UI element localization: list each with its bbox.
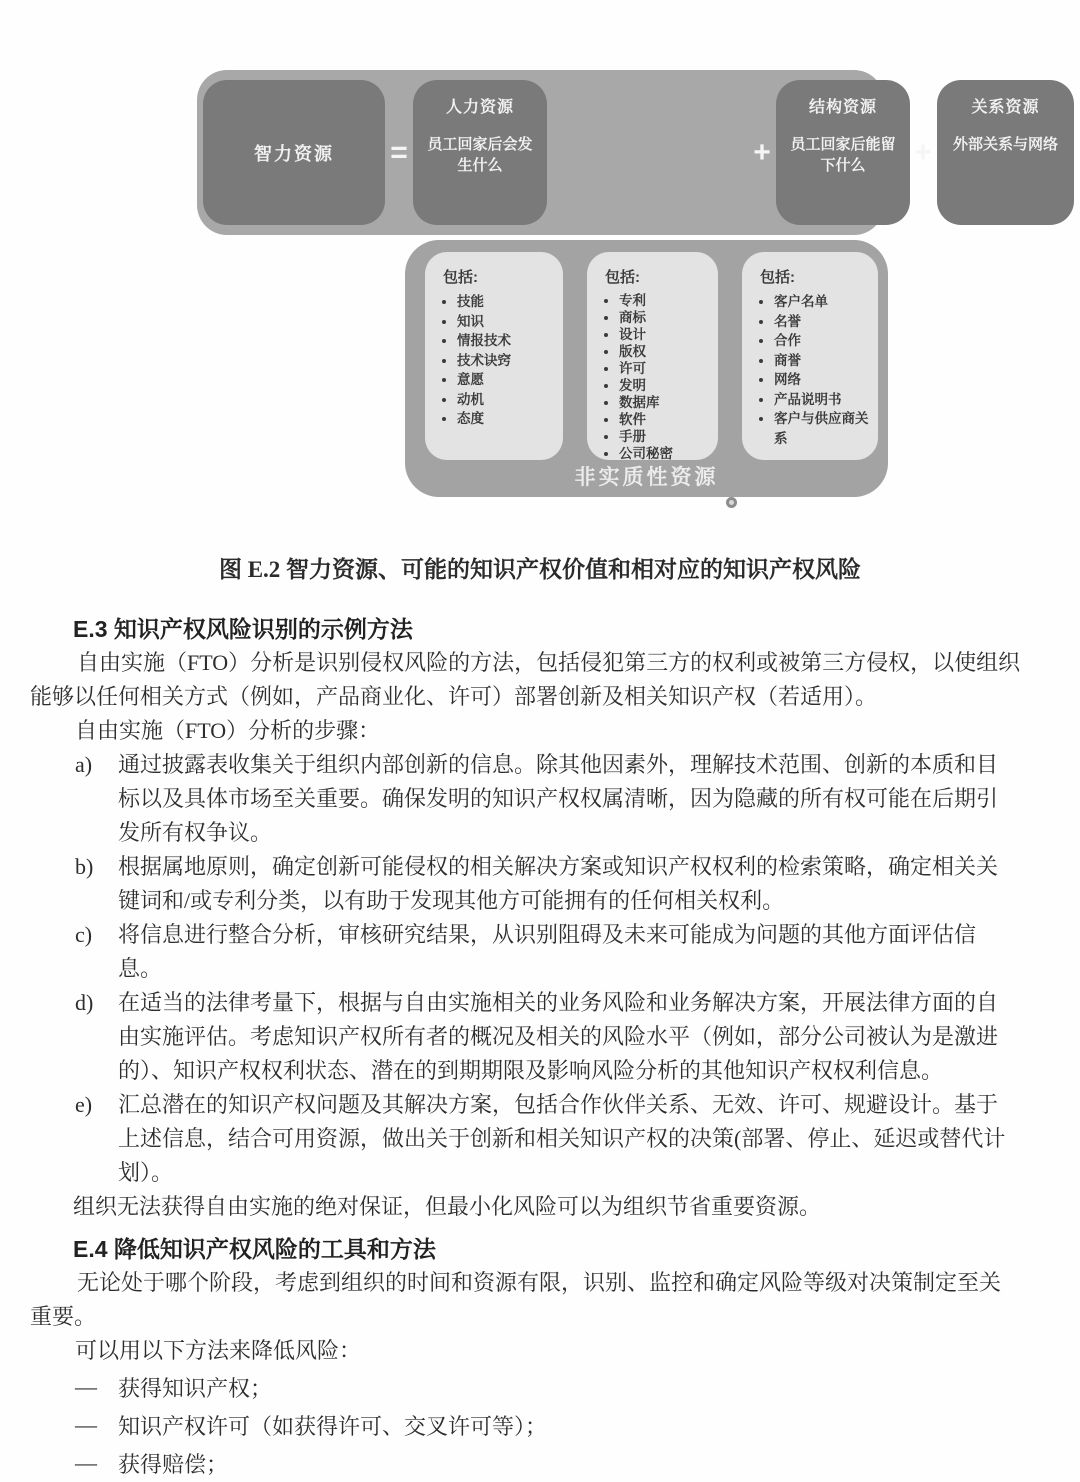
includes-box-human: 包括: 技能知识情报技术技术诀窍意愿动机态度 xyxy=(425,252,563,460)
box-title: 关系资源 xyxy=(937,94,1074,117)
text-line: 标以及具体市场至关重要。确保发明的知识产权权属清晰，因为隐藏的所有权可能在后期引 xyxy=(118,782,1050,816)
step-item-d: d) 在适当的法律考量下，根据与自由实施相关的业务风险和业务解决方案，开展法律方… xyxy=(30,986,1050,1088)
dash-marker: — xyxy=(75,1370,97,1404)
list-item: 软件 xyxy=(619,411,710,428)
list-item: 设计 xyxy=(619,326,710,343)
list-item: 技能 xyxy=(457,292,555,312)
list-item: 发明 xyxy=(619,377,710,394)
plus-sign: + xyxy=(909,70,937,235)
list-item: 技术诀窍 xyxy=(457,351,555,371)
structural-resources-box: 结构资源 员工回家后能留下什么 xyxy=(776,80,910,225)
text-line: 由实施评估。考虑知识产权所有者的概况及相关的风险水平（例如，部分公司被认为是激进 xyxy=(118,1020,1050,1054)
text-line: 根据属地原则，确定创新可能侵权的相关解决方案或知识产权权利的检索策略，确定相关关 xyxy=(118,850,1050,884)
step-item-b: b) 根据属地原则，确定创新可能侵权的相关解决方案或知识产权权利的检索策略，确定… xyxy=(30,850,1050,918)
non-substantial-resources-label: 非实质性资源 xyxy=(405,461,888,491)
includes-box-structural: 包括: 专利商标设计版权许可发明数据库软件手册公司秘密 xyxy=(587,252,718,460)
equals-sign: = xyxy=(385,70,413,235)
box-subtitle: 员工回家后会发生什么 xyxy=(413,134,547,176)
includes-list-structural: 专利商标设计版权许可发明数据库软件手册公司秘密 xyxy=(619,292,710,462)
document-page: 智力资源 = 人力资源 员工回家后会发生什么 + 结构资源 员工回家后能留下什么… xyxy=(0,0,1080,1482)
list-item: 客户名单 xyxy=(774,292,870,312)
box-title: 结构资源 xyxy=(776,94,910,117)
includes-header: 包括: xyxy=(443,266,555,287)
dash-marker: — xyxy=(75,1408,97,1442)
step-item-e: e) 汇总潜在的知识产权问题及其解决方案，包括合作伙伴关系、无效、许可、规避设计… xyxy=(30,1088,1050,1190)
step-item-c: c) 将信息进行整合分析，审核研究结果，从识别阻碍及未来可能成为问题的其他方面评… xyxy=(30,918,1050,986)
list-item: 态度 xyxy=(457,409,555,429)
plus-sign: + xyxy=(748,70,776,235)
figure-e2-diagram: 智力资源 = 人力资源 员工回家后会发生什么 + 结构资源 员工回家后能留下什么… xyxy=(0,0,1080,520)
includes-list-human: 技能知识情报技术技术诀窍意愿动机态度 xyxy=(457,292,555,429)
section-heading-e4: E.4 降低知识产权风险的工具和方法 xyxy=(73,1232,1050,1266)
step-marker: d) xyxy=(75,986,93,1020)
includes-row: 包括: 技能知识情报技术技术诀窍意愿动机态度 包括: 专利商标设计版权许可发明数… xyxy=(405,240,888,497)
document-body: E.3 知识产权风险识别的示例方法 自由实施（FTO）分析是识别侵权风险的方法，… xyxy=(0,612,1080,1482)
list-item: 合作 xyxy=(774,331,870,351)
text-line: 通过披露表收集关于组织内部创新的信息。除其他因素外，理解技术范围、创新的本质和目 xyxy=(118,748,1050,782)
text-line: 获得知识产权； xyxy=(118,1372,1050,1406)
human-resources-box: 人力资源 员工回家后会发生什么 xyxy=(413,80,547,225)
paragraph-fto: 自由实施（FTO）分析是识别侵权风险的方法，包括侵犯第三方的权利或被第三方侵权，… xyxy=(30,646,1050,714)
text-line: 能够以任何相关方式（例如，产品商业化、许可）部署创新及相关知识产权（若适用）。 xyxy=(30,680,1050,714)
text-line: 汇总潜在的知识产权问题及其解决方案，包括合作伙伴关系、无效、许可、规避设计。基于 xyxy=(118,1088,1050,1122)
text-line: 的）、知识产权权利状态、潜在的到期期限及影响风险分析的其他知识产权权利信息。 xyxy=(118,1054,1050,1088)
box-label: 智力资源 xyxy=(254,140,334,166)
box-subtitle: 外部关系与网络 xyxy=(937,134,1074,155)
relational-resources-box: 关系资源 外部关系与网络 xyxy=(937,80,1074,225)
text-line: 划）。 xyxy=(118,1156,1050,1190)
dash-marker: — xyxy=(75,1446,97,1480)
list-item: 动机 xyxy=(457,390,555,410)
text-line: 键词和/或专利分类，以有助于发现其他方可能拥有的任何相关权利。 xyxy=(118,884,1050,918)
step-marker: e) xyxy=(75,1088,92,1122)
list-item: 数据库 xyxy=(619,394,710,411)
figure-caption: 图 E.2 智力资源、可能的知识产权价值和相对应的知识产权风险 xyxy=(0,553,1080,587)
step-marker: b) xyxy=(75,850,93,884)
dash-item-ip-license: — 知识产权许可（如获得许可、交叉许可等）； xyxy=(30,1410,1050,1444)
closing-line: 组织无法获得自由实施的绝对保证，但最小化风险可以为组织节省重要资源。 xyxy=(30,1190,1050,1224)
text-line: 息。 xyxy=(118,952,1050,986)
text-line: 发所有权争议。 xyxy=(118,816,1050,850)
text-line: 获得赔偿； xyxy=(118,1448,1050,1482)
step-marker: c) xyxy=(75,918,92,952)
dash-item-acquire-ip: — 获得知识产权； xyxy=(30,1372,1050,1406)
step-item-a: a) 通过披露表收集关于组织内部创新的信息。除其他因素外，理解技术范围、创新的本… xyxy=(30,748,1050,850)
list-item: 商誉 xyxy=(774,351,870,371)
includes-box-relational: 包括: 客户名单名誉合作商誉网络产品说明书客户与供应商关系 xyxy=(742,252,878,460)
text-line: 在适当的法律考量下，根据与自由实施相关的业务风险和业务解决方案，开展法律方面的自 xyxy=(118,986,1050,1020)
text-line: 自由实施（FTO）分析是识别侵权风险的方法，包括侵犯第三方的权利或被第三方侵权，… xyxy=(30,646,1050,680)
list-item: 许可 xyxy=(619,360,710,377)
list-item: 专利 xyxy=(619,292,710,309)
includes-list-relational: 客户名单名誉合作商誉网络产品说明书客户与供应商关系 xyxy=(774,292,870,448)
step-marker: a) xyxy=(75,748,92,782)
list-item: 商标 xyxy=(619,309,710,326)
text-line: 上述信息，结合可用资源，做出关于创新和相关知识产权的决策(部署、停止、延迟或替代… xyxy=(118,1122,1050,1156)
section-heading-e3: E.3 知识产权风险识别的示例方法 xyxy=(73,612,1050,646)
box-subtitle: 员工回家后能留下什么 xyxy=(776,134,910,176)
list-item: 手册 xyxy=(619,428,710,445)
list-item: 版权 xyxy=(619,343,710,360)
text-line: 知识产权许可（如获得许可、交叉许可等）； xyxy=(118,1410,1050,1444)
list-item: 意愿 xyxy=(457,370,555,390)
list-item: 产品说明书 xyxy=(774,390,870,410)
text-line: 将信息进行整合分析，审核研究结果，从识别阻碍及未来可能成为问题的其他方面评估信 xyxy=(118,918,1050,952)
list-item: 客户与供应商关系 xyxy=(774,409,870,448)
box-title: 人力资源 xyxy=(413,94,547,117)
list-item: 公司秘密 xyxy=(619,445,710,462)
ring-dot-icon xyxy=(726,497,737,508)
text-line: 重要。 xyxy=(30,1300,1050,1334)
includes-header: 包括: xyxy=(760,266,870,287)
methods-intro: 可以用以下方法来降低风险： xyxy=(30,1334,1050,1368)
dash-item-compensation: — 获得赔偿； xyxy=(30,1448,1050,1482)
list-item: 名誉 xyxy=(774,312,870,332)
list-item: 知识 xyxy=(457,312,555,332)
list-item: 情报技术 xyxy=(457,331,555,351)
list-item: 网络 xyxy=(774,370,870,390)
paragraph-e4: 无论处于哪个阶段，考虑到组织的时间和资源有限，识别、监控和确定风险等级对决策制定… xyxy=(30,1266,1050,1334)
steps-intro: 自由实施（FTO）分析的步骤： xyxy=(30,714,1050,748)
text-line: 无论处于哪个阶段，考虑到组织的时间和资源有限，识别、监控和确定风险等级对决策制定… xyxy=(30,1266,1050,1300)
intellectual-resources-box: 智力资源 xyxy=(203,80,385,225)
equation-row: 智力资源 = 人力资源 员工回家后会发生什么 + 结构资源 员工回家后能留下什么… xyxy=(197,70,884,235)
includes-header: 包括: xyxy=(605,266,710,287)
